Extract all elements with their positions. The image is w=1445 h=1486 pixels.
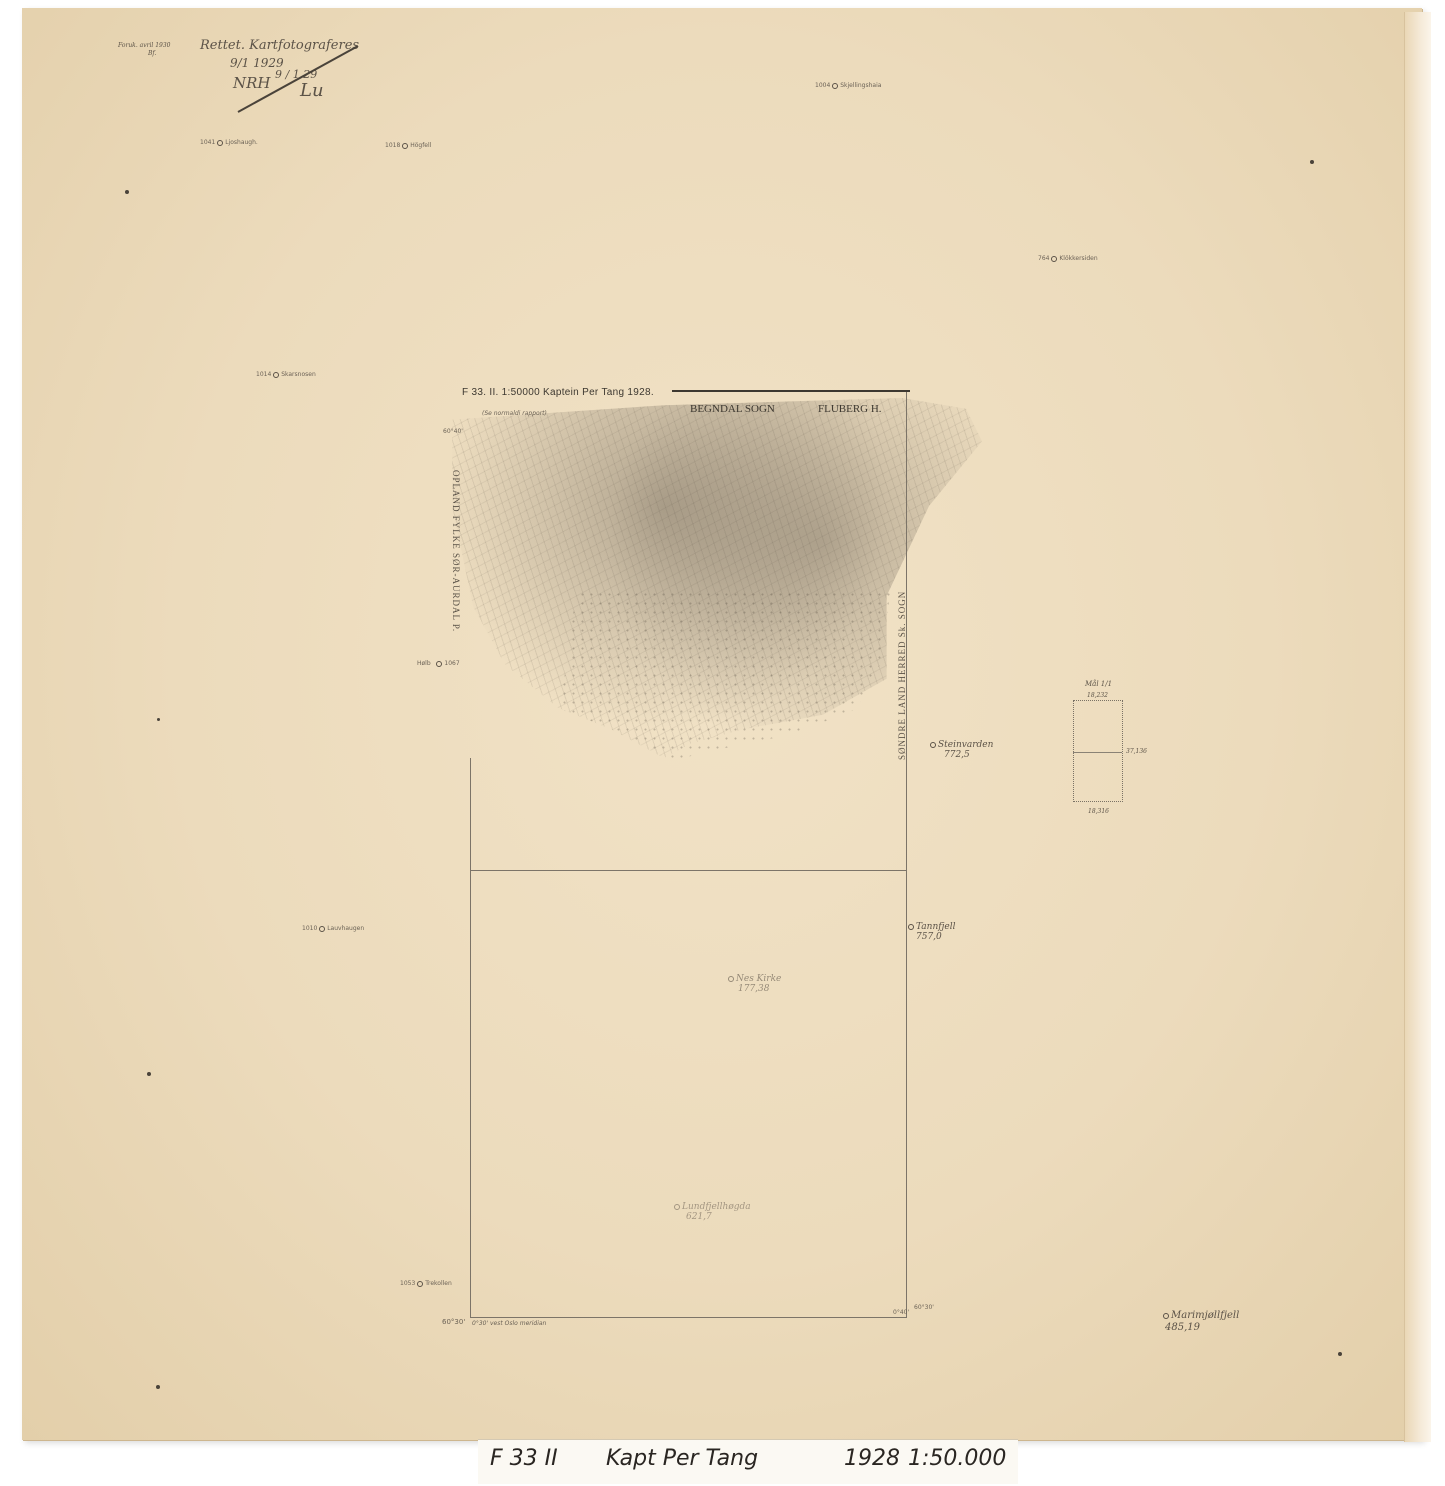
- trig-icon: [930, 742, 936, 748]
- trig-point: 1053 Trekollen: [400, 1280, 452, 1287]
- survey-dot: [157, 718, 160, 721]
- trig-icon: [217, 140, 223, 146]
- label-year: 1928: [844, 1446, 900, 1471]
- label-scale: 1:50.000: [908, 1446, 1006, 1471]
- small-note-line: Foruk. avril 1930: [118, 42, 170, 50]
- scale-bottom-width: 18,316: [1088, 808, 1109, 815]
- strike-line: [230, 40, 370, 120]
- frame-left: [470, 758, 471, 1318]
- survey-dot: [125, 190, 129, 194]
- survey-dot: [156, 1385, 160, 1389]
- trig-icon: [1163, 1313, 1169, 1319]
- lat-label-se: 60°30': [914, 1304, 934, 1311]
- scale-height: 37,136: [1126, 748, 1147, 755]
- region-label-begndal: BEGNDAL SOGN: [690, 403, 775, 415]
- scale-diagram-box: [1073, 700, 1123, 802]
- frame-middle: [470, 870, 906, 871]
- region-label-east: SØNDRE LAND HERRED Sk. SOGN: [897, 580, 907, 760]
- trig-point: 1004 Skjellingshaia: [815, 82, 881, 89]
- small-note: Foruk. avril 1930 Bf.: [118, 42, 170, 58]
- sheet-title: F 33. II. 1:50000 Kaptein Per Tang 1928.: [462, 387, 654, 398]
- trig-point: Hølb 1067: [417, 660, 460, 667]
- frame-right: [906, 392, 907, 1318]
- small-note-line: Bf.: [118, 50, 170, 58]
- sheet-edge: [1404, 12, 1431, 1442]
- region-label-fluberg: FLUBERG H.: [818, 403, 882, 415]
- lon-label-sw: 0°30' vest Oslo meridian: [472, 1320, 546, 1327]
- trig-point: 1018 Högfell: [385, 142, 431, 149]
- frame-bottom: [470, 1317, 906, 1318]
- trig-point: 764 Klökkersiden: [1038, 255, 1098, 262]
- lat-label-nw: 60°40': [443, 428, 463, 435]
- trig-icon: [832, 83, 838, 89]
- trig-icon: [674, 1204, 680, 1210]
- trig-icon: [908, 924, 914, 930]
- label-author: Kapt Per Tang: [606, 1446, 758, 1471]
- trig-point: 1014 Skarsnosen: [256, 371, 316, 378]
- trig-icon: [417, 1281, 423, 1287]
- region-label-west: OPLAND FYLKE SØR-AURDAL P.: [451, 470, 461, 650]
- survey-dot: [1310, 160, 1314, 164]
- trig-icon: [319, 926, 325, 932]
- trig-point-marimjollfjell: Marimjøllfjell485,19: [1163, 1310, 1239, 1334]
- trig-icon: [1051, 256, 1057, 262]
- survey-dot: [1338, 1352, 1342, 1356]
- trig-point-lundfjellhogda: Lundfjellhøgda621,7: [674, 1202, 751, 1222]
- scale-top-width: 18,232: [1087, 692, 1108, 699]
- trig-icon: [728, 976, 734, 982]
- lat-label-sw: 60°30': [442, 1318, 465, 1326]
- trig-icon: [273, 372, 279, 378]
- lon-label-se: 0°40': [893, 1309, 909, 1316]
- trig-point: 1041 Ljoshaugh.: [200, 139, 258, 146]
- label-sheet: F 33 II: [490, 1446, 558, 1471]
- catalog-label: F 33 II Kapt Per Tang 1928 1:50.000: [478, 1440, 1018, 1484]
- trig-point-nes-kirke: Nes Kirke177,38: [728, 974, 781, 994]
- frame-top: [672, 390, 910, 392]
- trig-point-tannfjell: Tannfjell757,0: [908, 922, 955, 942]
- trig-point-steinvarden: Steinvarden772,5: [930, 740, 993, 760]
- scale-divider: [1073, 752, 1122, 753]
- scale-diagram-title: Mål 1/1: [1085, 680, 1112, 688]
- trig-icon: [436, 661, 442, 667]
- trig-point: 1010 Lauvhaugen: [302, 925, 364, 932]
- trig-icon: [402, 143, 408, 149]
- survey-dot: [147, 1072, 151, 1076]
